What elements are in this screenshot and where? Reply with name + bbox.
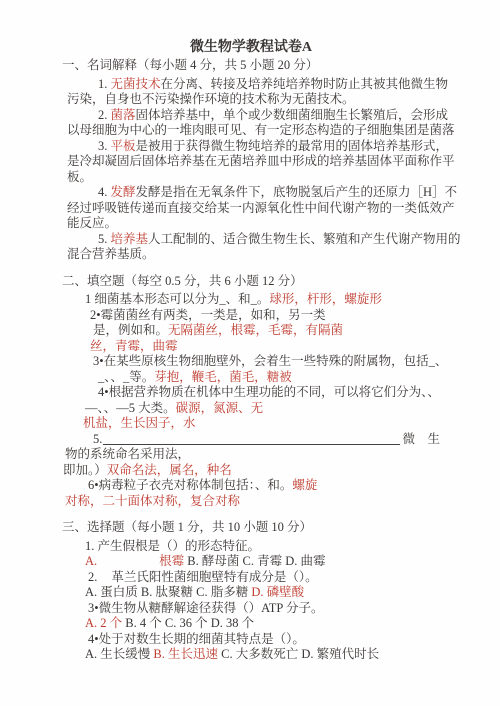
question-text: 4. — [98, 185, 111, 199]
answer-text: 无隔菌丝，根霉，毛霉，有隔菌 — [168, 323, 343, 337]
text-line: 以母细胞为中心的一堆肉眼可见、有一定形态构造的子细胞集团是菌落 — [62, 123, 440, 139]
answer-text: 平板 — [111, 139, 136, 153]
question-text: 4•根据营养物质在机体中生理功能的不同，可以将它们分为、、 — [98, 385, 440, 399]
question-text: C. 大多数死亡 D. 繁殖代时长 — [218, 647, 379, 661]
answer-text: 培养基 — [111, 232, 149, 246]
text-line: 6•病毒粒子衣壳对称体制包括：、和。螺旋 — [62, 478, 440, 494]
text-line: 丝，青霉，曲霉 — [62, 339, 440, 355]
section: 二、填空题（每空 0.5 分，共 6 小题 12 分）1 细菌基本形态可以分为_… — [62, 274, 440, 510]
text-line: 4•处于对数生长期的细菌其特点是（）。 — [62, 632, 440, 648]
text-line: 4. 发酵发酵是指在无氧条件下，底物脱氢后产生的还原力［H］不 — [62, 185, 440, 201]
section: 三、选择题（每小题 1 分，共 10 小题 10 分）1. 产生假根是（）的形态… — [62, 520, 440, 663]
text-line: 对称，二十面体对称，复合对称 — [62, 494, 440, 510]
answer-text: B. 生长迅速 — [153, 647, 218, 661]
document-body: 一、名词解释（每小题 4 分，共 5 小题 20 分）1. 无菌技术在分离、转接… — [62, 58, 440, 663]
text-line: A.根霉 B. 酵母菌 C. 青霉 D. 曲霉 — [62, 554, 440, 570]
question-text: A. 生长缓慢 — [85, 647, 153, 661]
answer-text: 碳源，氮源、无 — [176, 401, 264, 415]
answer-text: 丝，青霉，曲霉 — [90, 339, 178, 353]
text-line: 3•在某些原核生物细胞壁外，会着生一些特殊的附属物，包括_、 — [62, 354, 440, 370]
text-line: A. 生长缓慢 B. 生长迅速 C. 大多数死亡 D. 繁殖代时长 — [62, 647, 440, 663]
answer-text: A. — [85, 554, 97, 568]
question-text: —、、—5 大类。 — [85, 401, 176, 415]
question-text: 革兰氏阳性菌细胞壁特有成分是（）。 — [111, 570, 317, 584]
question-text: 以母细胞为中心的一堆肉眼可见、有一定形态构造的子细胞集团是菌落 — [67, 123, 455, 137]
text-line: 2•霉菌菌丝有两类，一类是，如和，另一类 — [62, 308, 440, 324]
blank-underline — [103, 443, 400, 445]
text-line: 能反应。 — [62, 216, 440, 232]
text-line: 5. 培养基人工配制的、适合微生物生长、繁殖和产生代谢产物用的 — [62, 232, 440, 248]
text-line: 物的系统命名采用法， — [62, 447, 440, 463]
text-line: _、、_等。芽抱，鞭毛，菌毛，糖被 — [62, 370, 440, 386]
text-line: 1 细菌基本形态可以分为_、和_。球形，杆形，螺旋形 — [62, 292, 440, 308]
text-line: 是冷却凝固后固体培养基在无菌培养皿中形成的培养基固体平面称作平 — [62, 154, 440, 170]
page-title: 微生物学教程试卷A — [62, 40, 440, 56]
question-text: 4•处于对数生长期的细菌其特点是（）。 — [88, 632, 305, 646]
answer-text: A. 2 个 — [85, 616, 122, 630]
question-text: 1. 产生假根是（）的形态特征。 — [85, 539, 260, 553]
answer-text: 芽抱，鞭毛，菌毛，糖被 — [154, 370, 292, 384]
question-text: 混合营养基质。 — [67, 247, 155, 261]
section-heading: 一、名词解释（每小题 4 分，共 5 小题 20 分） — [62, 58, 440, 74]
question-text: 是被用于获得微生物纯培养的最常用的固体培养基形式， — [136, 139, 449, 153]
question-text: 2•霉菌菌丝有两类，一类是，如和，另一类 — [90, 308, 326, 322]
answer-text: 螺旋 — [292, 478, 317, 492]
question-text: 5. — [93, 432, 102, 448]
text-line: 3. 平板是被用于获得微生物纯培养的最常用的固体培养基形式， — [62, 139, 440, 155]
question-text: 在分离、转接及培养纯培养物时防止其被其他微生物 — [161, 77, 449, 91]
text-line: 1. 产生假根是（）的形态特征。 — [62, 539, 440, 555]
text-line: 即加。）双命名法，属名，种名 — [62, 463, 440, 479]
question-text: 5. — [98, 232, 111, 246]
text-line: 经过呼吸链传递而直接交给某一内源氧化性中间代谢产物的一类低效产 — [62, 201, 440, 217]
question-text: 经过呼吸链传递而直接交给某一内源氧化性中间代谢产物的一类低效产 — [67, 201, 455, 215]
text-line: 1. 无菌技术在分离、转接及培养纯培养物时防止其被其他微生物 — [62, 77, 440, 93]
question-text: B. 4 个 C. 36 个 D. 38 个 — [122, 616, 254, 630]
question-text: B. 酵母菌 C. 青霉 D. 曲霉 — [184, 554, 325, 568]
text-line: 2. 菌落固体培养基中，单个或少数细菌细胞生长繁殖后，会形成 — [62, 108, 440, 124]
text-line: 机盐，生长因子，水 — [62, 416, 440, 432]
answer-text: D. 磷壁酸 — [251, 585, 304, 599]
section-heading: 二、填空题（每空 0.5 分，共 6 小题 12 分） — [62, 274, 440, 290]
question-text: 发酵是指在无氧条件下，底物脱氢后产生的还原力［H］不 — [136, 185, 458, 199]
text-line: 是，例如和。无隔菌丝，根霉，毛霉，有隔菌 — [62, 323, 440, 339]
answer-text: 双命名法，属名，种名 — [107, 463, 232, 477]
text-line: 混合营养基质。 — [62, 247, 440, 263]
question-text: 1. — [98, 77, 111, 91]
text-line: 2.革兰氏阳性菌细胞壁特有成分是（）。 — [62, 570, 440, 586]
question-text: 2. — [98, 108, 111, 122]
text-line: 3•微生物从糖酵解途径获得（）ATP 分子。 — [62, 601, 440, 617]
answer-text: 球形，杆形，螺旋形 — [269, 292, 382, 306]
question-text: 能反应。 — [67, 216, 117, 230]
question-text: 物的系统命名采用法， — [65, 447, 190, 461]
text-line: 5.微 生 — [62, 432, 440, 448]
text-line: A. 蛋白质 B. 肽聚糖 C. 脂多糖 D. 磷壁酸 — [62, 585, 440, 601]
question-text: 微 生 — [402, 432, 440, 448]
text-line: A. 2 个 B. 4 个 C. 36 个 D. 38 个 — [62, 616, 440, 632]
question-text: 3•微生物从糖酵解途径获得（）ATP 分子。 — [88, 601, 324, 615]
answer-text: 根霉 — [159, 554, 184, 568]
question-text: 即加。） — [63, 463, 107, 477]
question-text: 固体培养基中，单个或少数细菌细胞生长繁殖后，会形成 — [136, 108, 449, 122]
answer-text: 机盐，生长因子，水 — [83, 416, 196, 430]
question-text: 是冷却凝固后固体培养基在无菌培养皿中形成的培养基固体平面称作平 — [67, 154, 455, 168]
exam-paper-page: 微生物学教程试卷A 一、名词解释（每小题 4 分，共 5 小题 20 分）1. … — [0, 0, 500, 706]
answer-text: 无菌技术 — [111, 77, 161, 91]
section-heading: 三、选择题（每小题 1 分，共 10 小题 10 分） — [62, 520, 440, 536]
question-text: 板。 — [67, 170, 92, 184]
text-line: 板。 — [62, 170, 440, 186]
question-text: 污染，自身也不污染操作环境的技术称为无菌技术。 — [67, 92, 355, 106]
answer-text: 菌落 — [111, 108, 136, 122]
question-text: A. 蛋白质 B. 肽聚糖 C. 脂多糖 — [85, 585, 251, 599]
question-text: 3. — [98, 139, 111, 153]
question-text: 1 细菌基本形态可以分为_、和_。 — [85, 292, 269, 306]
question-text: _、、_等。 — [98, 370, 154, 384]
answer-text: 对称，二十面体对称，复合对称 — [65, 494, 240, 508]
answer-text: 发酵 — [111, 185, 136, 199]
question-text: 是，例如和。 — [93, 323, 168, 337]
question-text: 3•在某些原核生物细胞壁外，会着生一些特殊的附属物，包括_、 — [93, 354, 447, 368]
section: 一、名词解释（每小题 4 分，共 5 小题 20 分）1. 无菌技术在分离、转接… — [62, 58, 440, 263]
question-text: 人工配制的、适合微生物生长、繁殖和产生代谢产物用的 — [148, 232, 461, 246]
text-line: 4•根据营养物质在机体中生理功能的不同，可以将它们分为、、 — [62, 385, 440, 401]
question-text: 6•病毒粒子衣壳对称体制包括：、和。 — [88, 478, 292, 492]
question-text: 2. — [88, 570, 97, 584]
text-line: 污染，自身也不污染操作环境的技术称为无菌技术。 — [62, 92, 440, 108]
text-line: —、、—5 大类。碳源，氮源、无 — [62, 401, 440, 417]
